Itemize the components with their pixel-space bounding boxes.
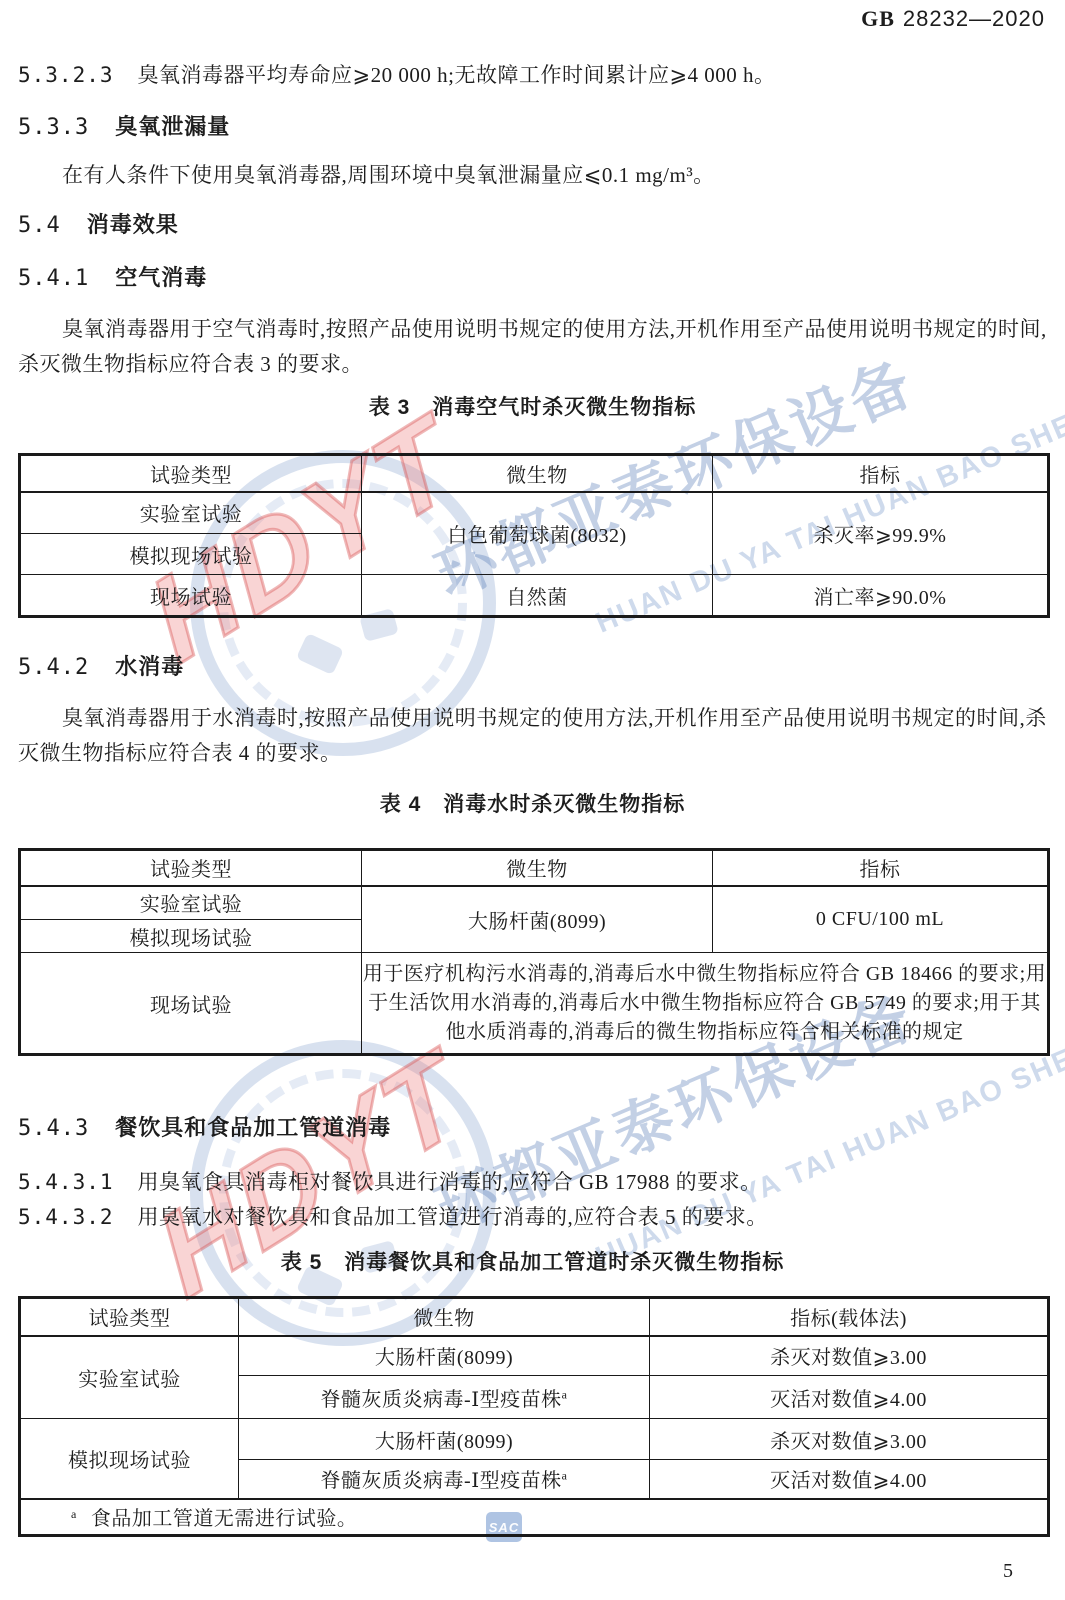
table-row: 实验室试验 大肠杆菌(8099) 杀灭对数值⩾3.00 — [20, 1336, 1049, 1376]
clause-5-3-2-3: 5.3.2.3臭氧消毒器平均寿命应⩾20 000 h;无故障工作时间累计应⩾4 … — [18, 58, 1047, 92]
table-5-footnote-row: a食品加工管道无需进行试验。 — [20, 1499, 1049, 1536]
heading-5-4: 5.4消毒效果 — [18, 208, 1047, 239]
clause-5-4-3-1: 5.4.3.1用臭氧食具消毒柜对餐饮具进行消毒的,应符合 GB 17988 的要… — [18, 1165, 1047, 1199]
table-4-cell-cfu: 0 CFU/100 mL — [713, 886, 1049, 953]
clause-text: 臭氧消毒器平均寿命应⩾20 000 h;无故障工作时间累计应⩾4 000 h。 — [138, 63, 776, 87]
table-4-cell-field-requirements: 用于医疗机构污水消毒的,消毒后水中微生物指标应符合 GB 18466 的要求;用… — [362, 953, 1049, 1055]
table-5-cell-ecoli: 大肠杆菌(8099) — [239, 1336, 650, 1376]
table-3-cell-natural-bacteria: 自然菌 — [362, 575, 713, 617]
table-5-header-microbe: 微生物 — [239, 1298, 650, 1336]
table-5-cell-sim-field-test: 模拟现场试验 — [20, 1419, 239, 1499]
table-4-header-indicator: 指标 — [713, 850, 1049, 886]
table-3-header-microbe: 微生物 — [362, 455, 713, 492]
table-5-cell-kill-log: 杀灭对数值⩾3.00 — [650, 1336, 1049, 1376]
heading-title: 臭氧泄漏量 — [115, 114, 230, 139]
document-page: HDYT 环都亚泰环保设备 HUAN DU YA TAI HUAN BAO SH… — [0, 0, 1065, 1600]
clause-text: 用臭氧食具消毒柜对餐饮具进行消毒的,应符合 GB 17988 的要求。 — [138, 1170, 762, 1194]
heading-5-3-3: 5.3.3臭氧泄漏量 — [18, 110, 1047, 141]
clause-number: 5.4 — [18, 213, 61, 238]
table-3-cell-staph: 白色葡萄球菌(8032) — [362, 492, 713, 575]
table-4-cell-lab-test: 实验室试验 — [20, 886, 362, 920]
heading-title: 水消毒 — [115, 654, 184, 679]
heading-title: 空气消毒 — [115, 265, 207, 290]
footnote-marker-a: a — [71, 1507, 77, 1521]
footnote-text: 食品加工管道无需进行试验。 — [91, 1508, 358, 1530]
clause-number: 5.3.3 — [18, 115, 89, 140]
table-4-caption: 表 4 消毒水时杀灭微生物指标 — [18, 788, 1047, 818]
paragraph-air-disinfection: 臭氧消毒器用于空气消毒时,按照产品使用说明书规定的使用方法,开机作用至产品使用说… — [18, 312, 1047, 382]
table-5-cell-lab-test: 实验室试验 — [20, 1336, 239, 1419]
table-5-cell-polio: 脊髓灰质炎病毒-Ⅰ型疫苗株a — [239, 1460, 650, 1499]
clause-number: 5.4.3 — [18, 1116, 89, 1141]
footnote-ref-a: a — [562, 1469, 568, 1483]
table-5-caption: 表 5 消毒餐饮具和食品加工管道时杀灭微生物指标 — [18, 1246, 1047, 1276]
heading-5-4-1: 5.4.1空气消毒 — [18, 261, 1047, 292]
table-row: 现场试验 用于医疗机构污水消毒的,消毒后水中微生物指标应符合 GB 18466 … — [20, 953, 1049, 1055]
clause-number: 5.3.2.3 — [18, 63, 114, 87]
standard-code-number: 28232—2020 — [903, 6, 1045, 31]
table-5-cell-ecoli: 大肠杆菌(8099) — [239, 1419, 650, 1460]
table-4-header-microbe: 微生物 — [362, 850, 713, 886]
table-3-header-test-type: 试验类型 — [20, 455, 362, 492]
table-4: 试验类型 微生物 指标 实验室试验 大肠杆菌(8099) 0 CFU/100 m… — [18, 848, 1050, 1056]
standard-code-gb: GB — [861, 6, 895, 31]
table-3: 试验类型 微生物 指标 实验室试验 白色葡萄球菌(8032) 杀灭率⩾99.9%… — [18, 453, 1050, 618]
table-row: 实验室试验 大肠杆菌(8099) 0 CFU/100 mL — [20, 886, 1049, 920]
paragraph-water-disinfection: 臭氧消毒器用于水消毒时,按照产品使用说明书规定的使用方法,开机作用至产品使用说明… — [18, 701, 1047, 771]
clause-number: 5.4.2 — [18, 655, 89, 680]
table-4-cell-field-test: 现场试验 — [20, 953, 362, 1055]
table-3-cell-field-test: 现场试验 — [20, 575, 362, 617]
clause-number: 5.4.1 — [18, 266, 89, 291]
standard-code-header: GB28232—2020 — [861, 6, 1045, 32]
polio-strain-label: 脊髓灰质炎病毒-Ⅰ型疫苗株 — [321, 1389, 562, 1411]
page-number: 5 — [1003, 1560, 1013, 1583]
table-4-cell-ecoli: 大肠杆菌(8099) — [362, 886, 713, 953]
table-5-header-test-type: 试验类型 — [20, 1298, 239, 1336]
table-5-cell-polio: 脊髓灰质炎病毒-Ⅰ型疫苗株a — [239, 1376, 650, 1419]
content-layer: GB28232—2020 5.3.2.3臭氧消毒器平均寿命应⩾20 000 h;… — [0, 0, 1065, 1600]
heading-5-4-2: 5.4.2水消毒 — [18, 650, 1047, 681]
table-row: 现场试验 自然菌 消亡率⩾90.0% — [20, 575, 1049, 617]
clause-number: 5.4.3.1 — [18, 1170, 114, 1194]
table-5: 试验类型 微生物 指标(载体法) 实验室试验 大肠杆菌(8099) 杀灭对数值⩾… — [18, 1296, 1050, 1537]
table-3-cell-dieoff-rate: 消亡率⩾90.0% — [713, 575, 1049, 617]
paragraph-ozone-leakage: 在有人条件下使用臭氧消毒器,周围环境中臭氧泄漏量应⩽0.1 mg/m³。 — [18, 158, 1047, 193]
clause-text: 用臭氧水对餐饮具和食品加工管道进行消毒的,应符合表 5 的要求。 — [138, 1205, 768, 1229]
heading-5-4-3: 5.4.3餐饮具和食品加工管道消毒 — [18, 1111, 1047, 1142]
table-4-header-test-type: 试验类型 — [20, 850, 362, 886]
table-3-cell-sim-field-test: 模拟现场试验 — [20, 534, 362, 575]
table-5-cell-inactivation-log: 灭活对数值⩾4.00 — [650, 1460, 1049, 1499]
table-3-header-indicator: 指标 — [713, 455, 1049, 492]
clause-number: 5.4.3.2 — [18, 1205, 114, 1229]
polio-strain-label: 脊髓灰质炎病毒-Ⅰ型疫苗株 — [321, 1470, 562, 1492]
table-5-cell-kill-log: 杀灭对数值⩾3.00 — [650, 1419, 1049, 1460]
table-row: 模拟现场试验 大肠杆菌(8099) 杀灭对数值⩾3.00 — [20, 1419, 1049, 1460]
table-3-cell-lab-test: 实验室试验 — [20, 492, 362, 534]
footnote-ref-a: a — [562, 1387, 568, 1401]
table-3-caption: 表 3 消毒空气时杀灭微生物指标 — [18, 391, 1047, 421]
heading-title: 消毒效果 — [87, 212, 179, 237]
table-5-cell-inactivation-log: 灭活对数值⩾4.00 — [650, 1376, 1049, 1419]
table-5-footnote: a食品加工管道无需进行试验。 — [20, 1499, 1049, 1536]
table-3-cell-kill-rate: 杀灭率⩾99.9% — [713, 492, 1049, 575]
table-4-cell-sim-field-test: 模拟现场试验 — [20, 920, 362, 953]
table-5-header-indicator-carrier: 指标(载体法) — [650, 1298, 1049, 1336]
heading-title: 餐饮具和食品加工管道消毒 — [115, 1115, 391, 1140]
table-row: 实验室试验 白色葡萄球菌(8032) 杀灭率⩾99.9% — [20, 492, 1049, 534]
clause-5-4-3-2: 5.4.3.2用臭氧水对餐饮具和食品加工管道进行消毒的,应符合表 5 的要求。 — [18, 1200, 1047, 1234]
